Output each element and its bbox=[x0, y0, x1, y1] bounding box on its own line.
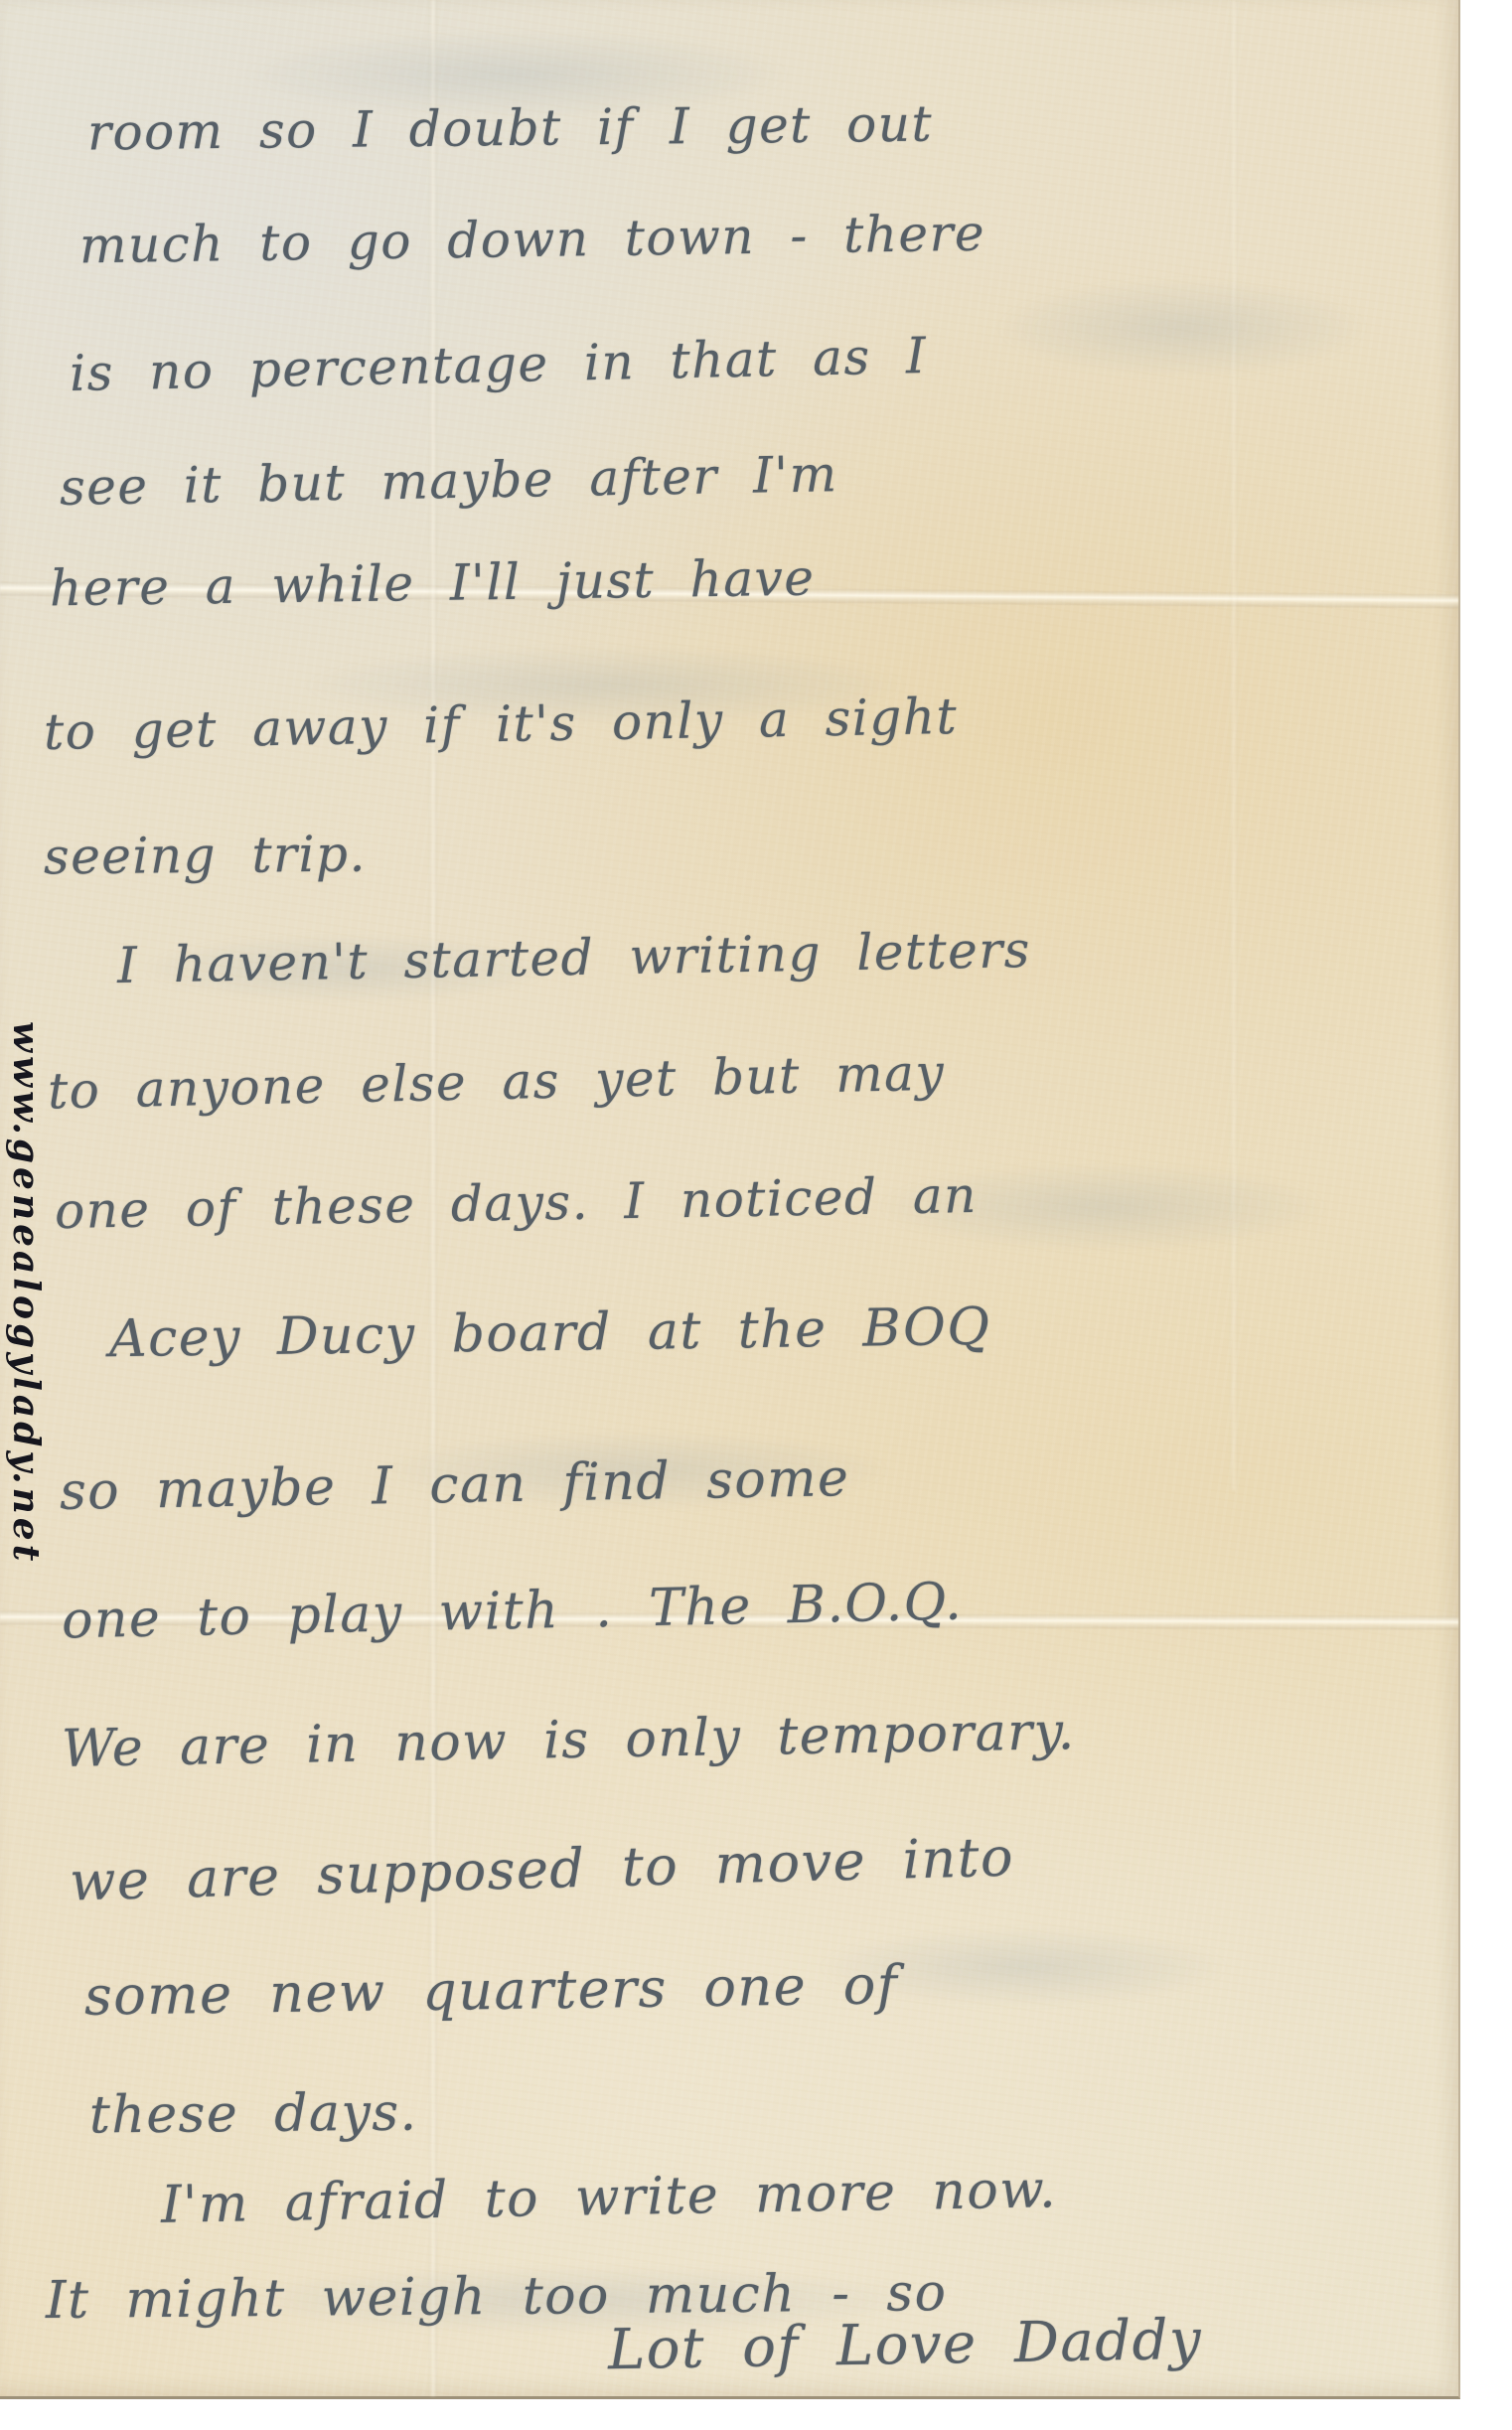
scanned-letter: room so I doubt if I get out much to go … bbox=[0, 0, 1512, 2430]
letter-line: room so I doubt if I get out bbox=[87, 95, 934, 162]
letter-line: seeing trip. bbox=[44, 826, 367, 886]
letter-line: some new quarters one of bbox=[84, 1953, 899, 2027]
letter-line: these days. bbox=[89, 2083, 418, 2146]
scanner-margin-right bbox=[1460, 0, 1512, 2430]
signature-line: Lot of Love Daddy bbox=[607, 2308, 1202, 2382]
scanner-margin-bottom bbox=[0, 2399, 1512, 2430]
watermark-text: www.genealogylady.net bbox=[5, 1021, 47, 1565]
letter-line: here a while I'll just have bbox=[50, 549, 816, 618]
fold-crease-vertical-faint bbox=[1230, 0, 1238, 1490]
letter-line: Acey Ducy board at the BOQ bbox=[109, 1297, 991, 1369]
